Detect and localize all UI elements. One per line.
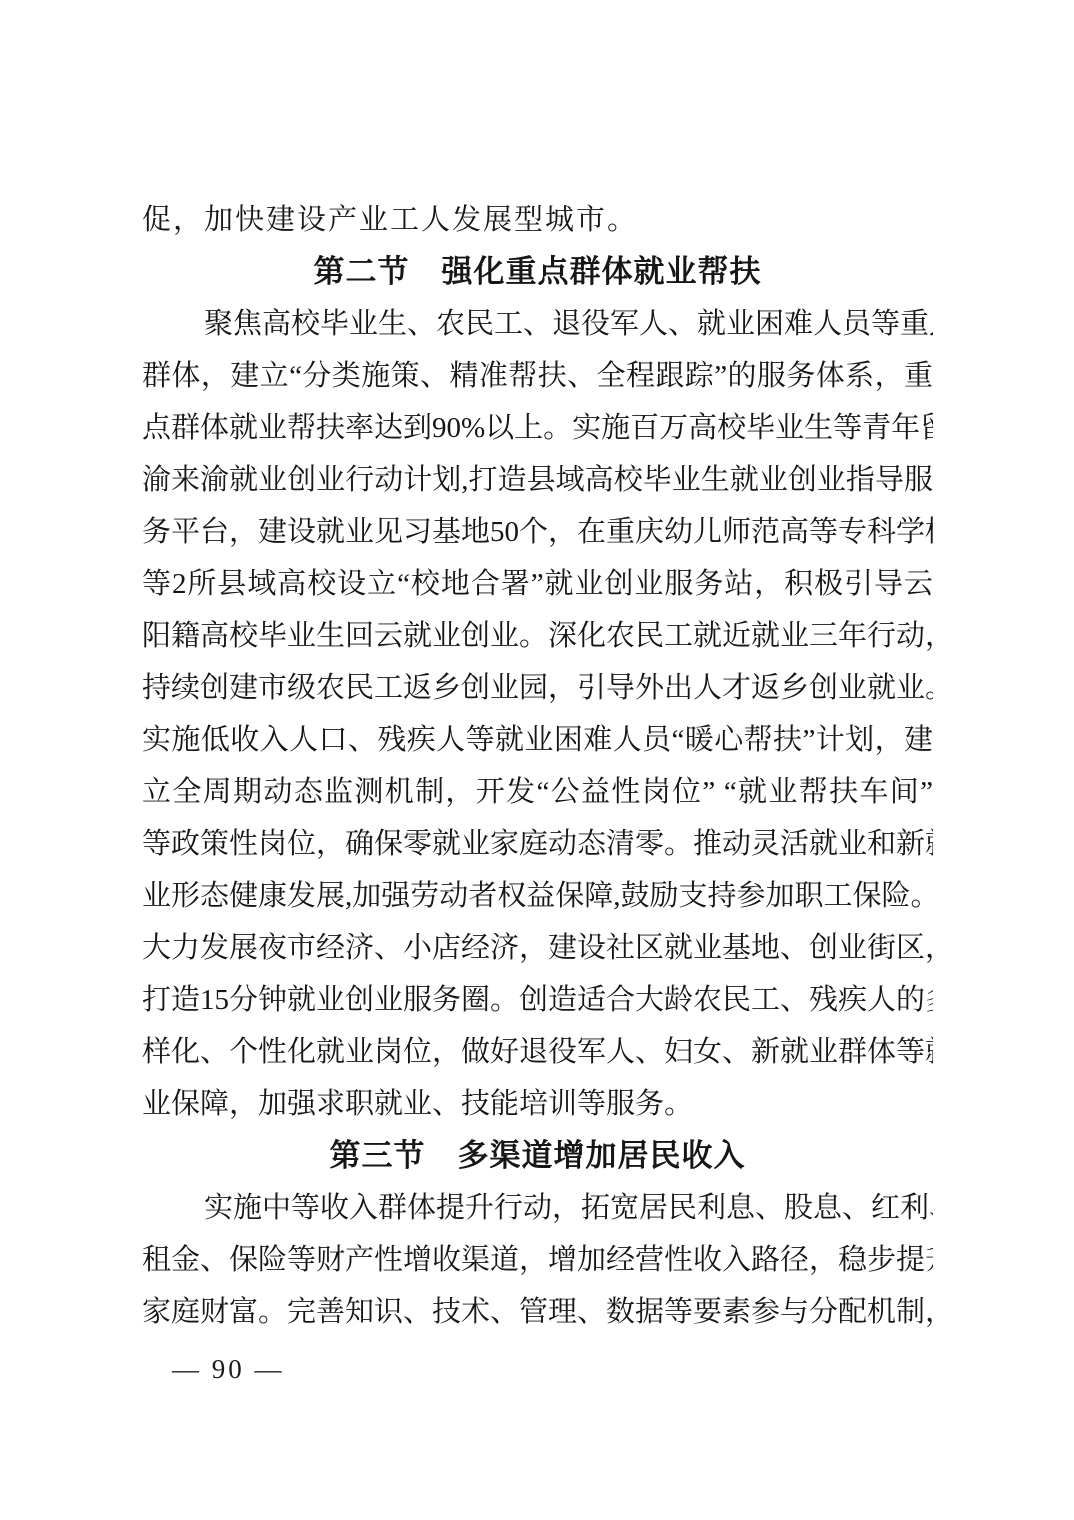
paragraph-line: 群体，建立“分类施策、精准帮扶、全程跟踪”的服务体系，重: [142, 350, 933, 402]
section-3-heading: 第三节 多渠道增加居民收入: [142, 1130, 933, 1182]
section-2-heading: 第二节 强化重点群体就业帮扶: [142, 246, 933, 298]
paragraph-line: 阳籍高校毕业生回云就业创业。深化农民工就近就业三年行动，: [142, 610, 933, 662]
paragraph-line: 样化、个性化就业岗位，做好退役军人、妇女、新就业群体等就: [142, 1026, 933, 1078]
paragraph-line: 等2所县域高校设立“校地合署”就业创业服务站，积极引导云: [142, 558, 933, 610]
paragraph-line: 租金、保险等财产性增收渠道，增加经营性收入路径，稳步提升: [142, 1234, 933, 1286]
paragraph-line: 实施中等收入群体提升行动，拓宽居民利息、股息、红利、: [142, 1182, 933, 1234]
paragraph-line: 等政策性岗位，确保零就业家庭动态清零。推动灵活就业和新就: [142, 818, 933, 870]
paragraph-line: 聚焦高校毕业生、农民工、退役军人、就业困难人员等重点: [142, 298, 933, 350]
page-number: — 90 —: [172, 1352, 285, 1386]
page-body: 促，加快建设产业工人发展型城市。 第二节 强化重点群体就业帮扶 聚焦高校毕业生、…: [142, 194, 933, 1338]
paragraph-line: 渝来渝就业创业行动计划,打造县域高校毕业生就业创业指导服: [142, 454, 933, 506]
paragraph-line: 实施低收入人口、残疾人等就业困难人员“暖心帮扶”计划，建: [142, 714, 933, 766]
paragraph-line: 业形态健康发展,加强劳动者权益保障,鼓励支持参加职工保险。: [142, 870, 933, 922]
document-page: 促，加快建设产业工人发展型城市。 第二节 强化重点群体就业帮扶 聚焦高校毕业生、…: [0, 0, 1074, 1520]
paragraph-line: 家庭财富。完善知识、技术、管理、数据等要素参与分配机制，: [142, 1286, 933, 1338]
paragraph-line: 大力发展夜市经济、小店经济，建设社区就业基地、创业街区，: [142, 922, 933, 974]
paragraph-line: 点群体就业帮扶率达到90%以上。实施百万高校毕业生等青年留: [142, 402, 933, 454]
paragraph-line: 持续创建市级农民工返乡创业园，引导外出人才返乡创业就业。: [142, 662, 933, 714]
paragraph-line: 务平台，建设就业见习基地50个，在重庆幼儿师范高等专科学校: [142, 506, 933, 558]
paragraph-line: 业保障，加强求职就业、技能培训等服务。: [142, 1078, 933, 1130]
paragraph-line-carryover: 促，加快建设产业工人发展型城市。: [142, 194, 933, 246]
paragraph-line: 立全周期动态监测机制，开发“公益性岗位” “就业帮扶车间”: [142, 766, 933, 818]
paragraph-line: 打造15分钟就业创业服务圈。创造适合大龄农民工、残疾人的多: [142, 974, 933, 1026]
